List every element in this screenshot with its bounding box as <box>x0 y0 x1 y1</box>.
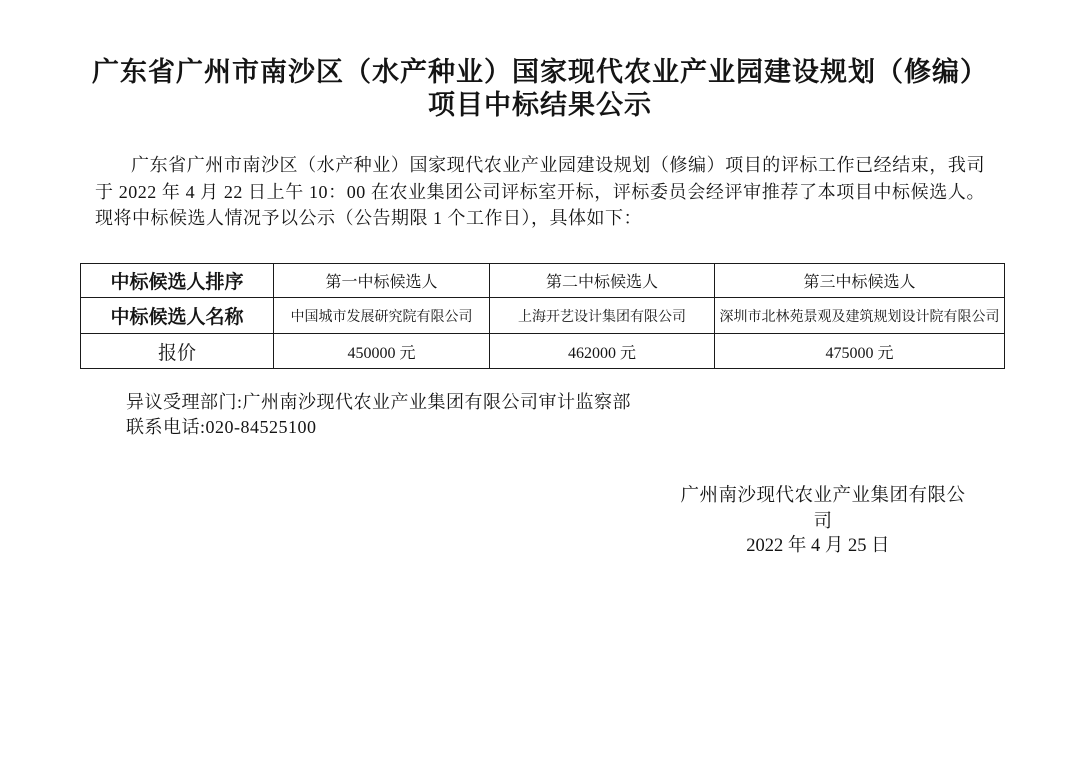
page-title-line2: 项目中标结果公示 <box>0 89 1080 122</box>
document-page: 广东省广州市南沙区（水产种业）国家现代农业产业园建设规划（修编） 项目中标结果公… <box>0 0 1080 763</box>
table-cell: 第二中标候选人 <box>490 264 715 298</box>
table-cell: 475000 元 <box>715 334 1005 369</box>
signature-date: 2022 年 4 月 25 日 <box>678 531 958 557</box>
row-header-rank: 中标候选人排序 <box>81 264 274 298</box>
bid-candidates-table: 中标候选人排序 第一中标候选人 第二中标候选人 第三中标候选人 中标候选人名称 … <box>80 263 1005 369</box>
table-cell: 中国城市发展研究院有限公司 <box>274 298 490 334</box>
contact-block: 异议受理部门:广州南沙现代农业产业集团有限公司审计监察部 联系电话:020-84… <box>126 390 631 440</box>
table-cell: 450000 元 <box>274 334 490 369</box>
row-header-name: 中标候选人名称 <box>81 298 274 334</box>
table-cell: 462000 元 <box>490 334 715 369</box>
page-title: 广东省广州市南沙区（水产种业）国家现代农业产业园建设规划（修编） 项目中标结果公… <box>0 56 1080 122</box>
page-title-line1: 广东省广州市南沙区（水产种业）国家现代农业产业园建设规划（修编） <box>0 56 1080 89</box>
contact-phone-line: 联系电话:020-84525100 <box>126 415 631 440</box>
table-row-rank: 中标候选人排序 第一中标候选人 第二中标候选人 第三中标候选人 <box>81 264 1005 298</box>
table-cell: 第三中标候选人 <box>715 264 1005 298</box>
table-cell: 上海开艺设计集团有限公司 <box>490 298 715 334</box>
objection-department-line: 异议受理部门:广州南沙现代农业产业集团有限公司审计监察部 <box>126 390 631 415</box>
table-cell: 深圳市北林苑景观及建筑规划设计院有限公司 <box>715 298 1005 334</box>
row-header-price: 报价 <box>81 334 274 369</box>
announcement-paragraph: 广东省广州市南沙区（水产种业）国家现代农业产业园建设规划（修编）项目的评标工作已… <box>95 152 985 232</box>
signature-company: 广州南沙现代农业产业集团有限公司 <box>678 481 968 533</box>
table-cell: 第一中标候选人 <box>274 264 490 298</box>
table-row-price: 报价 450000 元 462000 元 475000 元 <box>81 334 1005 369</box>
table-row-name: 中标候选人名称 中国城市发展研究院有限公司 上海开艺设计集团有限公司 深圳市北林… <box>81 298 1005 334</box>
